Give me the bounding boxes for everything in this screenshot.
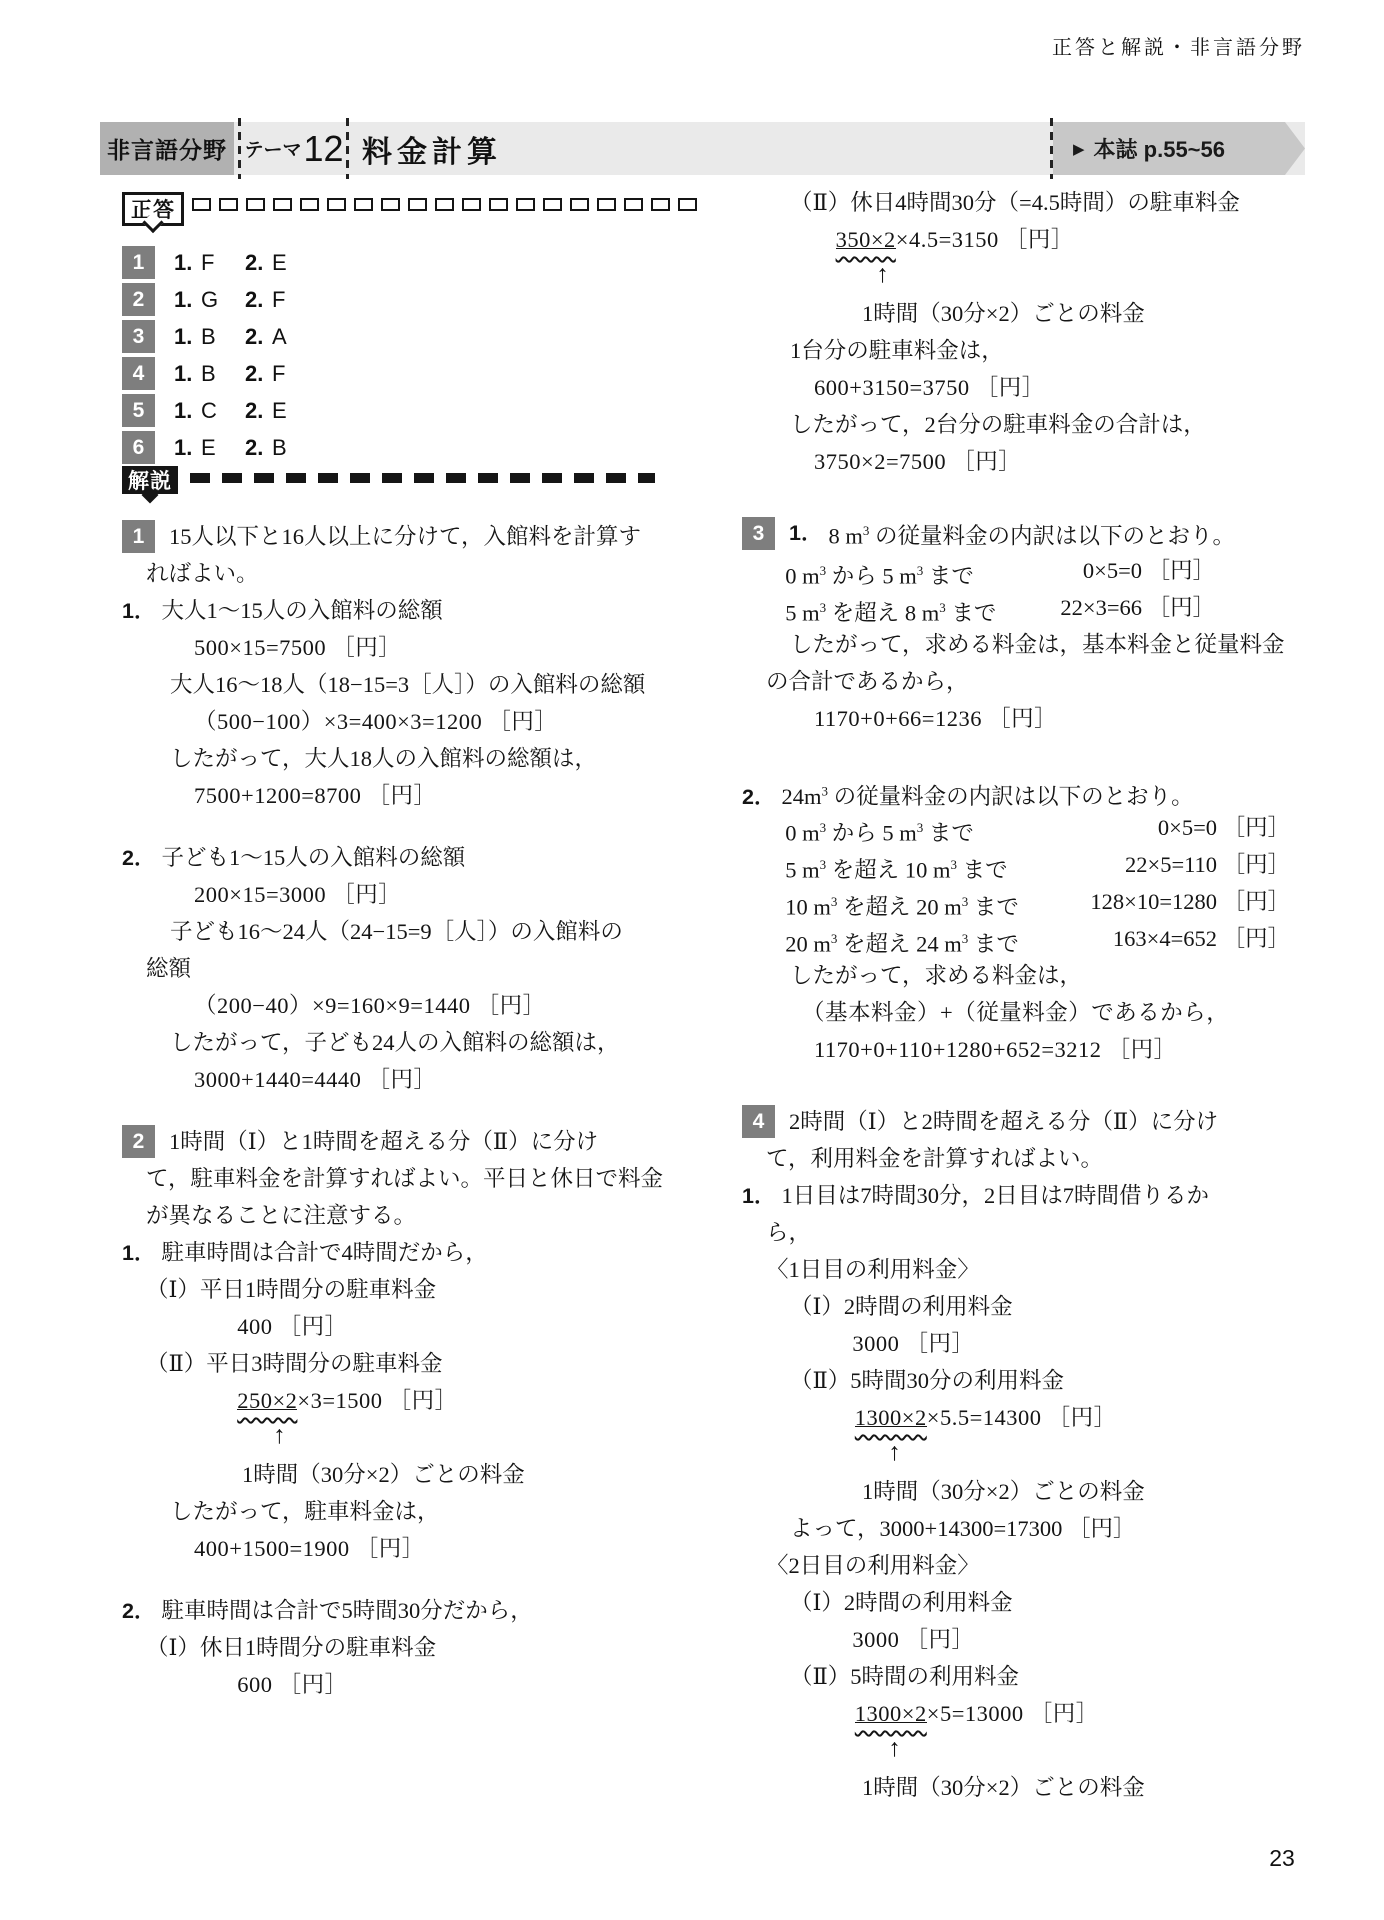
text-line: したがって，駐車料金は，	[170, 1493, 652, 1530]
answer-letter: C	[201, 398, 245, 424]
range-fee-row: 10 m3 を超え 20 m3 まで128×10=1280 ［円］	[785, 883, 1290, 920]
formula-line: 7500+1200=8700 ［円］	[194, 777, 652, 814]
text-line: 子ども16〜24人（24−15=9［人］）の入館料の	[170, 913, 652, 950]
item-text: 大人1〜15人の入館料の総額	[161, 598, 442, 623]
question-number-badge: 6	[122, 431, 155, 464]
answer-letter: F	[272, 287, 316, 313]
text-line: ればよい。	[146, 555, 652, 592]
item-number: 1．	[789, 515, 822, 552]
paragraph-gap	[122, 1567, 652, 1592]
explanation-tag: 解説	[122, 466, 178, 494]
dashed-separator	[1050, 118, 1053, 179]
text-line: の合計であるから，	[766, 663, 1312, 700]
formula-line-wavy: 250×2×3=1500 ［円］	[237, 1382, 652, 1419]
theme-label: テーマ12	[243, 122, 345, 175]
open-square	[462, 198, 481, 211]
formula-line-wavy: 350×2×4.5=3150 ［円］	[836, 221, 1312, 258]
formula-rest: ×3=1500 ［円］	[297, 1388, 457, 1413]
up-arrow-icon: ↑	[888, 1436, 1312, 1473]
text-line: 1時間（30分×2）ごとの料金	[862, 295, 1312, 332]
wavy-underlined-term: 350×2	[836, 227, 896, 252]
text-line: （Ⅰ）2時間の利用料金	[790, 1584, 1312, 1621]
running-head: 正答と解説・非言語分野	[100, 31, 1305, 60]
open-square	[273, 198, 292, 211]
up-arrow-icon: ↑	[888, 1732, 1312, 1769]
answer-letter: B	[201, 324, 245, 350]
formula-line: 3000 ［円］	[852, 1621, 1312, 1658]
answer-row: 41.B2.F	[122, 355, 316, 392]
text-line: 1時間（30分×2）ごとの料金	[862, 1473, 1312, 1510]
item-number: 1．	[122, 1241, 155, 1265]
range-label: 0 m3 から 5 m3 まで	[785, 809, 974, 846]
numbered-item-line: 1．1日目は7時間30分，2日目は7時間借りるか	[742, 1177, 1312, 1214]
open-square	[219, 198, 238, 211]
open-square	[597, 198, 616, 211]
range-fee-row: 20 m3 を超え 24 m3 まで163×4=652 ［円］	[785, 920, 1290, 957]
range-formula: 128×10=1280 ［円］	[1090, 883, 1290, 920]
text-line: て，利用料金を計算すればよい。	[766, 1140, 1312, 1177]
text-line: 1時間（30分×2）ごとの料金	[242, 1456, 652, 1493]
category-label: 非言語分野	[100, 122, 234, 175]
paragraph-gap	[122, 1098, 652, 1123]
formula-line: 400+1500=1900 ［円］	[194, 1530, 652, 1567]
answer-index: 1.	[174, 398, 201, 424]
range-label: 10 m3 を超え 20 m3 まで	[785, 883, 1019, 920]
explanation-column-right: （Ⅱ）休日4時間30分（=4.5時間）の駐車料金350×2×4.5=3150 ［…	[742, 184, 1312, 1806]
answer-letter: A	[272, 324, 316, 350]
answer-row: 31.B2.A	[122, 318, 316, 355]
answer-index: 2.	[245, 250, 272, 276]
text-line: 〈2日目の利用料金〉	[766, 1547, 1312, 1584]
range-formula: 22×3=66 ［円］	[1060, 589, 1215, 626]
item-text: 駐車時間は合計で4時間だから，	[161, 1240, 487, 1265]
numbered-item-line: 2．子ども1〜15人の入館料の総額	[122, 839, 652, 876]
text-line: （Ⅱ）休日4時間30分（=4.5時間）の駐車料金	[790, 184, 1312, 221]
open-square	[570, 198, 589, 211]
open-square	[651, 198, 670, 211]
formula-line: 3750×2=7500 ［円］	[814, 443, 1312, 480]
range-fee-row: 0 m3 から 5 m3 まで0×5=0 ［円］	[785, 552, 1215, 589]
open-square	[300, 198, 319, 211]
open-square	[354, 198, 373, 211]
dashed-separator	[346, 118, 349, 179]
text-line: したがって，求める料金は，	[790, 957, 1312, 994]
answer-index: 2.	[245, 287, 272, 313]
paragraph-gap	[742, 480, 1312, 515]
wavy-underlined-term: 1300×2	[855, 1701, 927, 1726]
page-number: 23	[1254, 1845, 1310, 1872]
formula-line: 400 ［円］	[237, 1308, 652, 1345]
open-square	[489, 198, 508, 211]
answer-index: 2.	[245, 398, 272, 424]
question-number-badge: 2	[122, 283, 155, 316]
reference-pennant: ▶ 本誌 p.55~56	[1053, 122, 1305, 175]
answer-letter: F	[201, 250, 245, 276]
answer-letter: E	[272, 250, 316, 276]
formula-line-wavy: 1300×2×5.5=14300 ［円］	[855, 1399, 1312, 1436]
heading-text: 15人以下と16人以上に分けて，入館料を計算す	[169, 518, 641, 555]
text-line: （Ⅰ）2時間の利用料金	[790, 1288, 1312, 1325]
answers-list: 11.F2.E21.G2.F31.B2.A41.B2.F51.C2.E61.E2…	[122, 244, 316, 466]
section-heading: 42時間（Ⅰ）と2時間を超える分（Ⅱ）に分け	[742, 1103, 1312, 1140]
range-formula: 163×4=652 ［円］	[1113, 920, 1290, 957]
answer-letter: E	[272, 398, 316, 424]
formula-line: 600 ［円］	[237, 1666, 652, 1703]
text-line: ら，	[766, 1214, 1312, 1251]
range-label: 20 m3 を超え 24 m3 まで	[785, 920, 1019, 957]
question-number-badge: 1	[122, 246, 155, 279]
text-line: したがって，子ども24人の入館料の総額は，	[170, 1024, 652, 1061]
formula-line: 1170+0+110+1280+652=3212 ［円］	[814, 1031, 1312, 1068]
answer-row: 61.E2.B	[122, 429, 316, 466]
range-label: 0 m3 から 5 m3 まで	[785, 552, 974, 589]
wavy-underlined-term: 250×2	[237, 1388, 297, 1413]
answers-tag: 正答	[122, 192, 184, 226]
section-number-badge: 2	[122, 1125, 155, 1158]
open-square	[192, 198, 211, 211]
answer-letter: B	[272, 435, 316, 461]
open-square	[246, 198, 265, 211]
answer-letter: B	[201, 361, 245, 387]
paragraph-gap	[742, 1068, 1312, 1103]
numbered-item-line: 2．駐車時間は合計で5時間30分だから，	[122, 1592, 652, 1629]
text-line: よって，3000+14300=17300 ［円］	[790, 1510, 1312, 1547]
item-text: 子ども1〜15人の入館料の総額	[161, 845, 465, 870]
open-square	[678, 198, 697, 211]
formula-line: （基本料金）+（従量料金）であるから，	[802, 994, 1312, 1031]
answer-letter: G	[201, 287, 245, 313]
answer-index: 2.	[245, 435, 272, 461]
formula-line: 1170+0+66=1236 ［円］	[814, 700, 1312, 737]
item-text: 24m3 の従量料金の内訳は以下のとおり。	[781, 784, 1193, 809]
section-heading: 115人以下と16人以上に分けて，入館料を計算す	[122, 518, 652, 555]
answer-index: 1.	[174, 361, 201, 387]
text-line: 1台分の駐車料金は，	[790, 332, 1312, 369]
paragraph-gap	[122, 814, 652, 839]
text-line: （Ⅰ）平日1時間分の駐車料金	[146, 1271, 652, 1308]
formula-line: （500−100）×3=400×3=1200 ［円］	[194, 703, 652, 740]
play-arrow-icon: ▶	[1073, 140, 1085, 158]
text-line: したがって，求める料金は，基本料金と従量料金	[790, 626, 1312, 663]
question-number-badge: 3	[122, 320, 155, 353]
item-text: 1日目は7時間30分，2日目は7時間借りるか	[781, 1183, 1209, 1208]
explanation-column-left: 115人以下と16人以上に分けて，入館料を計算すればよい。1．大人1〜15人の入…	[122, 518, 652, 1703]
text-line: （Ⅱ）5時間の利用料金	[790, 1658, 1312, 1695]
answer-index: 1.	[174, 250, 201, 276]
answer-letter: E	[201, 435, 245, 461]
numbered-item-line: 2．24m3 の従量料金の内訳は以下のとおり。	[742, 772, 1312, 809]
section-number-badge: 3	[742, 517, 775, 550]
answer-letter: F	[272, 361, 316, 387]
text-line: 1時間（30分×2）ごとの料金	[862, 1769, 1312, 1806]
text-line: （Ⅰ）休日1時間分の駐車料金	[146, 1629, 652, 1666]
formula-rest: ×5=13000 ［円］	[927, 1701, 1099, 1726]
up-arrow-icon: ↑	[876, 258, 1312, 295]
answer-row: 21.G2.F	[122, 281, 316, 318]
text-line: したがって，大人18人の入館料の総額は，	[170, 740, 652, 777]
formula-rest: ×4.5=3150 ［円］	[896, 227, 1074, 252]
open-square	[435, 198, 454, 211]
dashed-separator	[238, 118, 241, 179]
range-formula: 22×5=110 ［円］	[1125, 846, 1290, 883]
answer-index: 1.	[174, 435, 201, 461]
text-line: （Ⅱ）平日3時間分の駐車料金	[146, 1345, 652, 1382]
answer-index: 1.	[174, 324, 201, 350]
text-line: したがって，2台分の駐車料金の合計は，	[790, 406, 1312, 443]
answer-index: 2.	[245, 324, 272, 350]
answer-index: 1.	[174, 287, 201, 313]
formula-line: 200×15=3000 ［円］	[194, 876, 652, 913]
open-square	[516, 198, 535, 211]
heading-text: 8 m3 の従量料金の内訳は以下のとおり。	[828, 512, 1235, 555]
answer-index: 2.	[245, 361, 272, 387]
question-number-badge: 5	[122, 394, 155, 427]
range-formula: 0×5=0 ［円］	[1158, 809, 1290, 846]
section-number-badge: 4	[742, 1105, 775, 1138]
numbered-item-line: 1．駐車時間は合計で4時間だから，	[122, 1234, 652, 1271]
open-square	[381, 198, 400, 211]
item-number: 1．	[742, 1184, 775, 1208]
question-number-badge: 4	[122, 357, 155, 390]
reference-text: 本誌 p.55~56	[1094, 133, 1225, 164]
answer-row: 11.F2.E	[122, 244, 316, 281]
section-heading: 31．8 m3 の従量料金の内訳は以下のとおり。	[742, 515, 1312, 552]
black-dashed-line	[190, 473, 655, 483]
text-line: が異なることに注意する。	[146, 1197, 652, 1234]
range-label: 5 m3 を超え 10 m3 まで	[785, 846, 1007, 883]
open-square	[408, 198, 427, 211]
text-line: 総額	[146, 950, 652, 987]
theme-word: テーマ	[244, 135, 301, 162]
text-line: 大人16〜18人（18−15=3［人］）の入館料の総額	[170, 666, 652, 703]
formula-line: （200−40）×9=160×9=1440 ［円］	[194, 987, 652, 1024]
page-title: 料金計算	[362, 122, 502, 175]
item-text: 駐車時間は合計で5時間30分だから，	[161, 1598, 532, 1623]
text-line: て，駐車料金を計算すればよい。平日と休日で料金	[146, 1160, 652, 1197]
range-fee-row: 0 m3 から 5 m3 まで0×5=0 ［円］	[785, 809, 1290, 846]
range-fee-row: 5 m3 を超え 10 m3 まで22×5=110 ［円］	[785, 846, 1290, 883]
item-number: 2．	[122, 846, 155, 870]
formula-line: 600+3150=3750 ［円］	[814, 369, 1312, 406]
text-line: （Ⅱ）5時間30分の利用料金	[790, 1362, 1312, 1399]
section-heading: 21時間（Ⅰ）と1時間を超える分（Ⅱ）に分け	[122, 1123, 652, 1160]
open-square-dashed-line	[192, 198, 705, 211]
formula-line: 3000+1440=4440 ［円］	[194, 1061, 652, 1098]
title-bar: 非言語分野 テーマ12 料金計算 ▶ 本誌 p.55~56	[100, 122, 1305, 175]
formula-line-wavy: 1300×2×5=13000 ［円］	[855, 1695, 1312, 1732]
theme-number: 12	[303, 128, 343, 170]
numbered-item-line: 1．大人1〜15人の入館料の総額	[122, 592, 652, 629]
heading-text: 2時間（Ⅰ）と2時間を超える分（Ⅱ）に分け	[789, 1103, 1218, 1140]
heading-text: 1時間（Ⅰ）と1時間を超える分（Ⅱ）に分け	[169, 1123, 598, 1160]
open-square	[543, 198, 562, 211]
item-number: 1．	[122, 599, 155, 623]
answer-row: 51.C2.E	[122, 392, 316, 429]
item-number: 2．	[742, 785, 775, 809]
open-square	[624, 198, 643, 211]
formula-line: 500×15=7500 ［円］	[194, 629, 652, 666]
text-line: 〈1日目の利用料金〉	[766, 1251, 1312, 1288]
formula-line: 3000 ［円］	[852, 1325, 1312, 1362]
range-formula: 0×5=0 ［円］	[1083, 552, 1215, 589]
range-fee-row: 5 m3 を超え 8 m3 まで22×3=66 ［円］	[785, 589, 1215, 626]
paragraph-gap	[742, 737, 1312, 772]
up-arrow-icon: ↑	[273, 1419, 652, 1456]
wavy-underlined-term: 1300×2	[855, 1405, 927, 1430]
formula-rest: ×5.5=14300 ［円］	[927, 1405, 1117, 1430]
open-square	[327, 198, 346, 211]
section-number-badge: 1	[122, 520, 155, 553]
item-number: 2．	[122, 1599, 155, 1623]
range-label: 5 m3 を超え 8 m3 まで	[785, 589, 996, 626]
